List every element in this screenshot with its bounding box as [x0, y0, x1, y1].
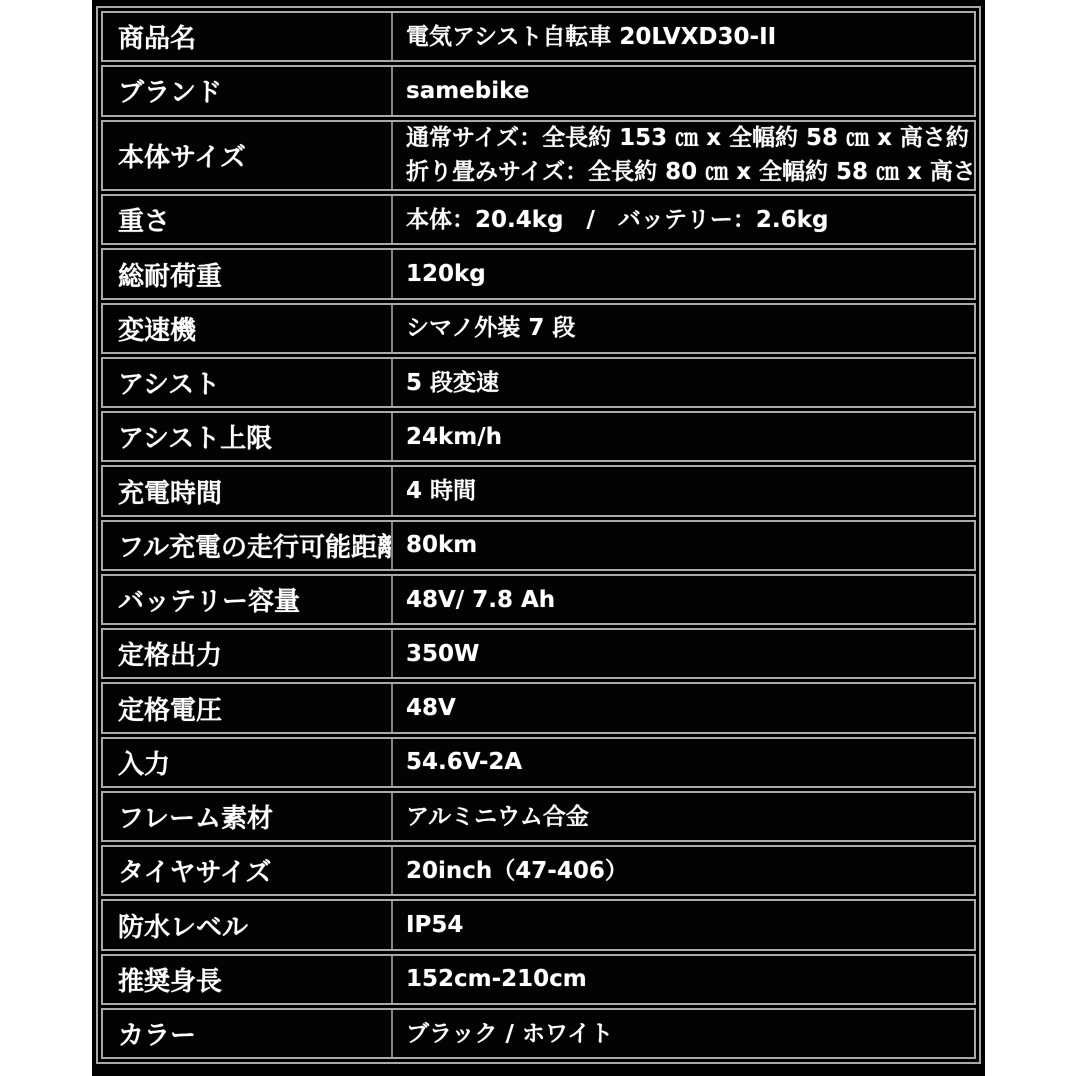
spec-label: アシスト上限 — [103, 413, 391, 460]
spec-row: 定格電圧48V — [101, 682, 976, 733]
spec-label: 重さ — [103, 196, 391, 243]
spec-row: 本体サイズ通常サイズ：全長約 153 ㎝ x 全幅約 58 ㎝ x 高さ約 11… — [101, 120, 976, 192]
spec-value: IP54 — [391, 901, 974, 948]
spec-row: バッテリー容量48V/ 7.8 Ah — [101, 574, 976, 625]
spec-value-line: 24km/h — [406, 420, 974, 454]
spec-row: 変速機シマノ外装 7 段 — [101, 303, 976, 354]
spec-value: 48V — [391, 684, 974, 731]
spec-row: 定格出力350W — [101, 628, 976, 679]
spec-value-line: 350W — [406, 637, 974, 671]
spec-row: 商品名電気アシスト自転車 20LVXD30-II — [101, 11, 976, 62]
spec-value-line: 通常サイズ：全長約 153 ㎝ x 全幅約 58 ㎝ x 高さ約 112 ㎝ — [406, 122, 974, 156]
spec-value: 350W — [391, 630, 974, 677]
spec-label: 商品名 — [103, 13, 391, 60]
spec-value-line: シマノ外装 7 段 — [406, 311, 974, 345]
spec-row: 推奨身長152cm-210cm — [101, 954, 976, 1005]
spec-label: 定格電圧 — [103, 684, 391, 731]
spec-value: 80km — [391, 522, 974, 569]
spec-value: 電気アシスト自転車 20LVXD30-II — [391, 13, 974, 60]
spec-label: 防水レベル — [103, 901, 391, 948]
spec-value: ブラック / ホワイト — [391, 1010, 974, 1057]
spec-value: 152cm-210cm — [391, 956, 974, 1003]
spec-value: samebike — [391, 67, 974, 114]
spec-row: フル充電の走行可能距離80km — [101, 520, 976, 571]
spec-row: 重さ本体：20.4kg / バッテリー：2.6kg — [101, 194, 976, 245]
spec-value: 48V/ 7.8 Ah — [391, 576, 974, 623]
spec-value-line: 54.6V-2A — [406, 745, 974, 779]
spec-label: 総耐荷重 — [103, 250, 391, 297]
spec-value: 本体：20.4kg / バッテリー：2.6kg — [391, 196, 974, 243]
spec-label: バッテリー容量 — [103, 576, 391, 623]
spec-value-line: アルミニウム合金 — [406, 800, 974, 834]
spec-value: 120kg — [391, 250, 974, 297]
spec-value-line: 折り畳みサイズ：全長約 80 ㎝ x 全幅約 58 ㎝ x 高さ約 68 ㎝ — [406, 155, 974, 189]
spec-value-line: 20inch（47-406） — [406, 854, 974, 888]
spec-label: タイヤサイズ — [103, 847, 391, 894]
spec-value-line: 48V — [406, 691, 974, 725]
spec-value-line: samebike — [406, 74, 974, 108]
spec-value-line: 4 時間 — [406, 474, 974, 508]
spec-label: 充電時間 — [103, 467, 391, 514]
spec-label: アシスト — [103, 359, 391, 406]
spec-value: 5 段変速 — [391, 359, 974, 406]
spec-label: 本体サイズ — [103, 122, 391, 190]
spec-row: 総耐荷重120kg — [101, 248, 976, 299]
spec-row: 入力54.6V-2A — [101, 737, 976, 788]
spec-row: 防水レベルIP54 — [101, 899, 976, 950]
spec-row: 充電時間4 時間 — [101, 465, 976, 516]
spec-value-line: ブラック / ホワイト — [406, 1017, 974, 1051]
spec-value: 54.6V-2A — [391, 739, 974, 786]
spec-table-panel: 商品名電気アシスト自転車 20LVXD30-IIブランドsamebike本体サイ… — [92, 0, 985, 1076]
spec-label: フレーム素材 — [103, 793, 391, 840]
spec-value-line: 120kg — [406, 257, 974, 291]
spec-value-line: 48V/ 7.8 Ah — [406, 583, 974, 617]
spec-row: タイヤサイズ20inch（47-406） — [101, 845, 976, 896]
spec-value-line: IP54 — [406, 908, 974, 942]
spec-value-line: 本体：20.4kg / バッテリー：2.6kg — [406, 203, 974, 237]
spec-table: 商品名電気アシスト自転車 20LVXD30-IIブランドsamebike本体サイ… — [96, 6, 981, 1064]
spec-label: 変速機 — [103, 305, 391, 352]
spec-label: 入力 — [103, 739, 391, 786]
spec-value-line: 80km — [406, 528, 974, 562]
spec-value: 4 時間 — [391, 467, 974, 514]
spec-value-line: 電気アシスト自転車 20LVXD30-II — [406, 20, 974, 54]
spec-value-line: 5 段変速 — [406, 366, 974, 400]
spec-label: フル充電の走行可能距離 — [103, 522, 391, 569]
product-spec-image: 商品名電気アシスト自転車 20LVXD30-IIブランドsamebike本体サイ… — [0, 0, 1080, 1076]
spec-value: 通常サイズ：全長約 153 ㎝ x 全幅約 58 ㎝ x 高さ約 112 ㎝折り… — [391, 122, 974, 190]
spec-value: アルミニウム合金 — [391, 793, 974, 840]
spec-row: カラーブラック / ホワイト — [101, 1008, 976, 1059]
spec-label: 定格出力 — [103, 630, 391, 677]
spec-value: シマノ外装 7 段 — [391, 305, 974, 352]
spec-label: カラー — [103, 1010, 391, 1057]
spec-value: 24km/h — [391, 413, 974, 460]
spec-value-line: 152cm-210cm — [406, 962, 974, 996]
spec-row: フレーム素材アルミニウム合金 — [101, 791, 976, 842]
spec-row: アシスト5 段変速 — [101, 357, 976, 408]
spec-row: アシスト上限24km/h — [101, 411, 976, 462]
spec-label: ブランド — [103, 67, 391, 114]
spec-value: 20inch（47-406） — [391, 847, 974, 894]
spec-row: ブランドsamebike — [101, 65, 976, 116]
spec-label: 推奨身長 — [103, 956, 391, 1003]
